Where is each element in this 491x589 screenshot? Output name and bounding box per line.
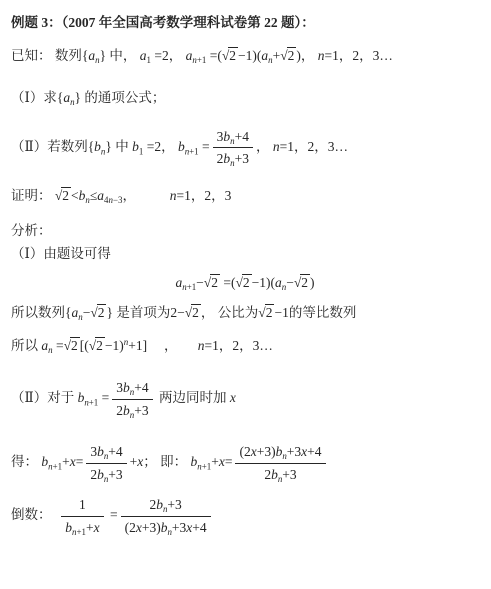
problem-title: 例题 3：（2007 年全国高考数学理科试卷第 22 题）： [11,13,479,33]
general-term-formula: 所以 an =√2[(√2−1)n+1] ， n=1，2，3… [11,336,479,356]
prove-statement: 证明： √2<bn≤a4n−3， n=1，2，3 [11,186,479,206]
part1-question: （Ⅰ）求{an} 的通项公式； [11,88,479,108]
given-condition: 已知： 数列{an} 中， a1 =2， an+1 =(√2−1)(an+√2)… [11,46,479,66]
derived-equations: 得： bn+1+x=3bn+42bn+3+x； 即： bn+1+x=(2x+3)… [11,440,479,486]
recurrence-equation: an+1−√2 =(√2−1)(an−√2) [11,273,479,293]
geometric-sequence-statement: 所以数列{an−√2} 是首项为2−√2， 公比为√2−1的等比数列 [11,303,479,323]
document-page: 例题 3：（2007 年全国高考数学理科试卷第 22 题）： 已知： 数列{an… [0,0,491,589]
part2-intro: （Ⅱ）对于 bn+1 =3bn+42bn+3 两边同时加 x [11,376,479,422]
reciprocal-equation: 倒数： 1bn+1+x =2bn+3(2x+3)bn+3x+4 [11,493,479,539]
analysis-label: 分析： [11,221,479,241]
part2-question: （Ⅱ）若数列{bn} 中 b1 =2， bn+1 =3bn+42bn+3， n=… [11,125,479,171]
part1-intro: （Ⅰ）由题设可得 [11,244,479,264]
